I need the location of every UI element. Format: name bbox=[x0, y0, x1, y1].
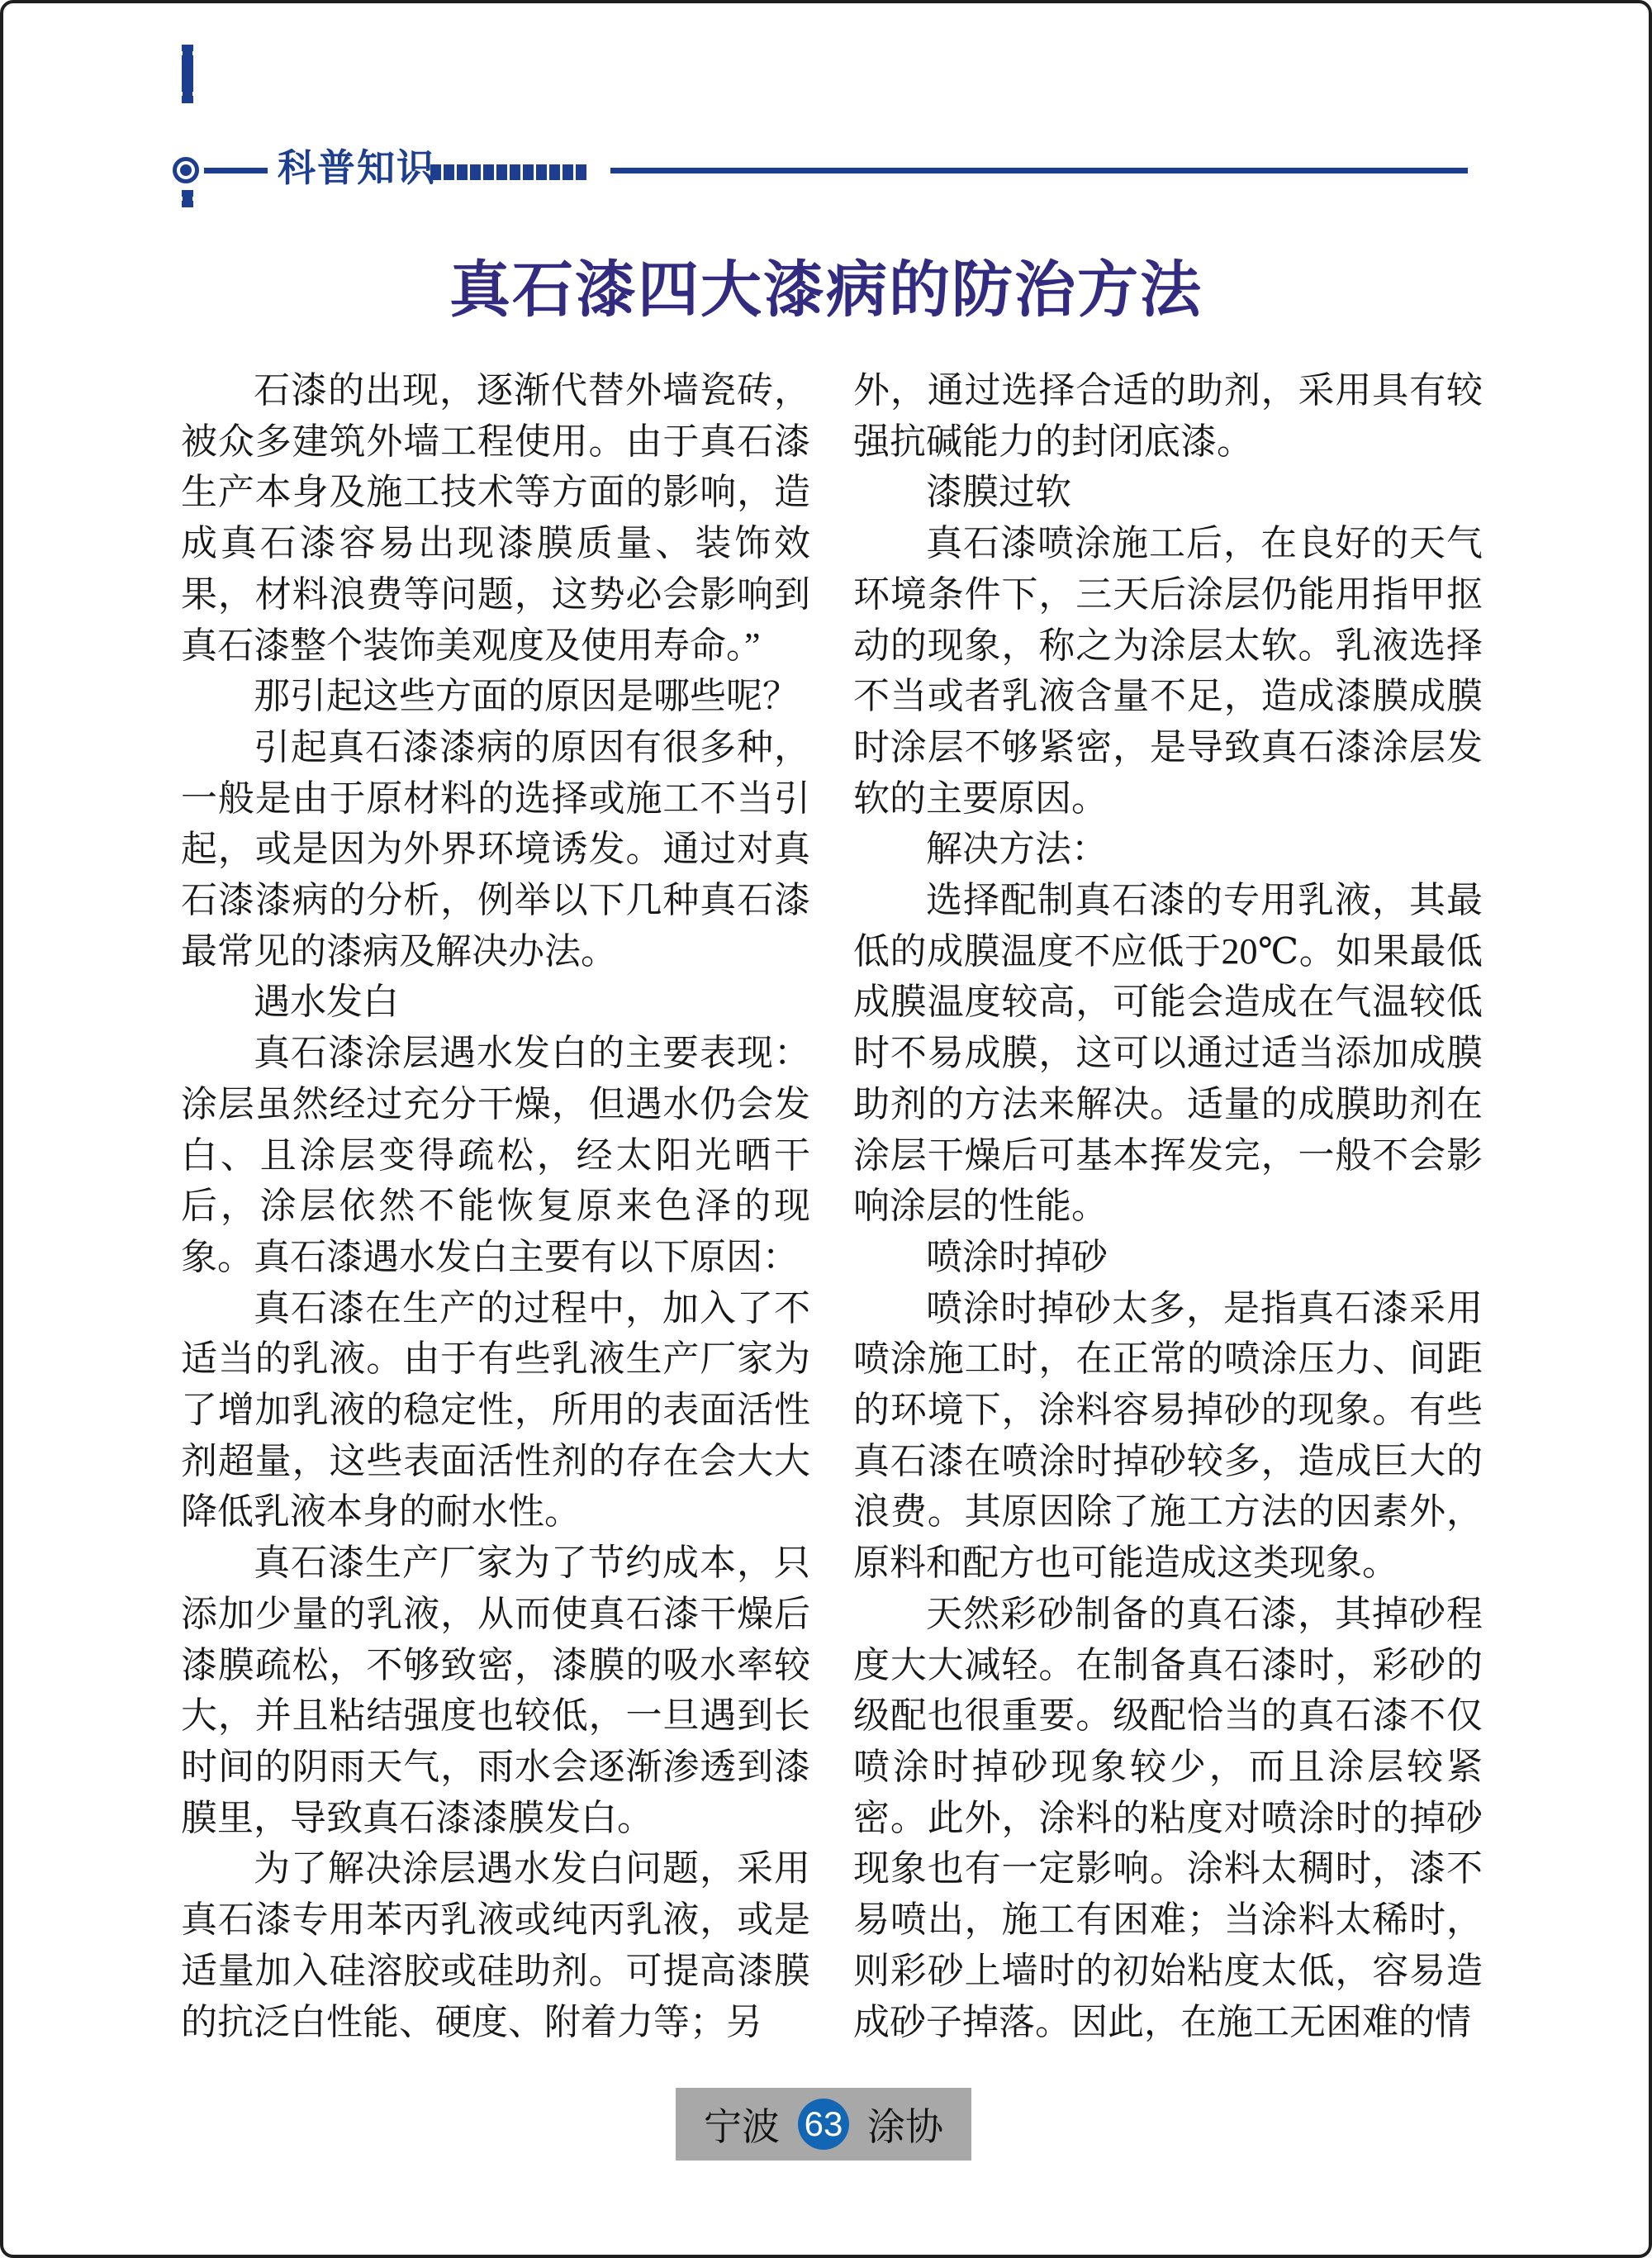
square-dash bbox=[430, 164, 441, 180]
vertical-dashed-line-bottom bbox=[182, 190, 193, 207]
bullseye-dot bbox=[180, 164, 192, 176]
square-dash bbox=[496, 164, 507, 180]
article-column-right: 外，通过选择合适的助剂，采用具有较强抗碱能力的封闭底漆。漆膜过软真石漆喷涂施工后… bbox=[853, 365, 1483, 2047]
article-title: 真石漆四大漆病的防治方法 bbox=[3, 251, 1649, 330]
article-paragraph: 喷涂时掉砂太多，是指真石漆采用喷涂施工时，在正常的喷涂压力、间距的环境下，涂料容… bbox=[853, 1283, 1483, 1589]
vertical-dashed-line-top bbox=[182, 45, 193, 103]
square-dash bbox=[483, 164, 494, 180]
section-label: 科普知识 bbox=[278, 149, 436, 187]
article-paragraph: 引起真石漆漆病的原因有很多种，一般是由于原材料的选择或施工不当引起，或是因为外界… bbox=[181, 722, 810, 977]
header-rule-short bbox=[204, 168, 268, 174]
square-dash bbox=[523, 164, 534, 180]
square-dash bbox=[563, 164, 573, 180]
bullseye-icon bbox=[173, 157, 199, 183]
footer-right-label: 涂协 bbox=[867, 2097, 943, 2151]
article-paragraph: 真石漆在生产的过程中，加入了不适当的乳液。由于有些乳液生产厂家为了增加乳液的稳定… bbox=[181, 1283, 810, 1538]
square-dash bbox=[457, 164, 468, 180]
article-paragraph: 石漆的出现，逐渐代替外墙瓷砖，被众多建筑外墙工程使用。由于真石漆生产本身及施工技… bbox=[181, 365, 810, 671]
article-subheading: 漆膜过软 bbox=[853, 467, 1483, 518]
footer-bar: 宁波 63 涂协 bbox=[676, 2088, 971, 2161]
article-paragraph: 为了解决涂层遇水发白问题，采用真石漆专用苯丙乳液或纯丙乳液，或是适量加入硅溶胶或… bbox=[181, 1843, 810, 2047]
article-paragraph: 外，通过选择合适的助剂，采用具有较强抗碱能力的封闭底漆。 bbox=[853, 365, 1483, 467]
article-paragraph: 选择配制真石漆的专用乳液，其最低的成膜温度不应低于20℃。如果最低成膜温度较高，… bbox=[853, 875, 1483, 1232]
magazine-page: 科普知识 真石漆四大漆病的防治方法 石漆的出现，逐渐代替外墙瓷砖，被众多建筑外墙… bbox=[0, 0, 1652, 2258]
article-subheading: 喷涂时掉砂 bbox=[853, 1232, 1483, 1283]
article-paragraph: 那引起这些方面的原因是哪些呢？ bbox=[181, 671, 810, 722]
square-dash bbox=[470, 164, 481, 180]
square-dash-row bbox=[430, 164, 586, 180]
article-subheading: 解决方法： bbox=[853, 824, 1483, 875]
article-column-left: 石漆的出现，逐渐代替外墙瓷砖，被众多建筑外墙工程使用。由于真石漆生产本身及施工技… bbox=[181, 365, 810, 2047]
page-number: 63 bbox=[805, 2104, 843, 2144]
page-number-badge: 63 bbox=[798, 2099, 849, 2150]
article-paragraph: 天然彩砂制备的真石漆，其掉砂程度大大减轻。在制备真石漆时，彩砂的级配也很重要。级… bbox=[853, 1589, 1483, 2047]
article-paragraph: 真石漆涂层遇水发白的主要表现：涂层虽然经过充分干燥，但遇水仍会发白、且涂层变得疏… bbox=[181, 1028, 810, 1283]
article-subheading: 遇水发白 bbox=[181, 977, 810, 1028]
article-paragraph: 真石漆生产厂家为了节约成本，只添加少量的乳液，从而使真石漆干燥后漆膜疏松，不够致… bbox=[181, 1538, 810, 1843]
square-dash bbox=[576, 164, 586, 180]
square-dash bbox=[444, 164, 454, 180]
square-dash bbox=[510, 164, 520, 180]
square-dash bbox=[536, 164, 547, 180]
header-rule-long bbox=[610, 168, 1468, 174]
article-paragraph: 真石漆喷涂施工后，在良好的天气环境条件下，三天后涂层仍能用指甲抠动的现象，称之为… bbox=[853, 518, 1483, 824]
square-dash bbox=[549, 164, 560, 180]
footer-left-label: 宁波 bbox=[704, 2097, 780, 2151]
